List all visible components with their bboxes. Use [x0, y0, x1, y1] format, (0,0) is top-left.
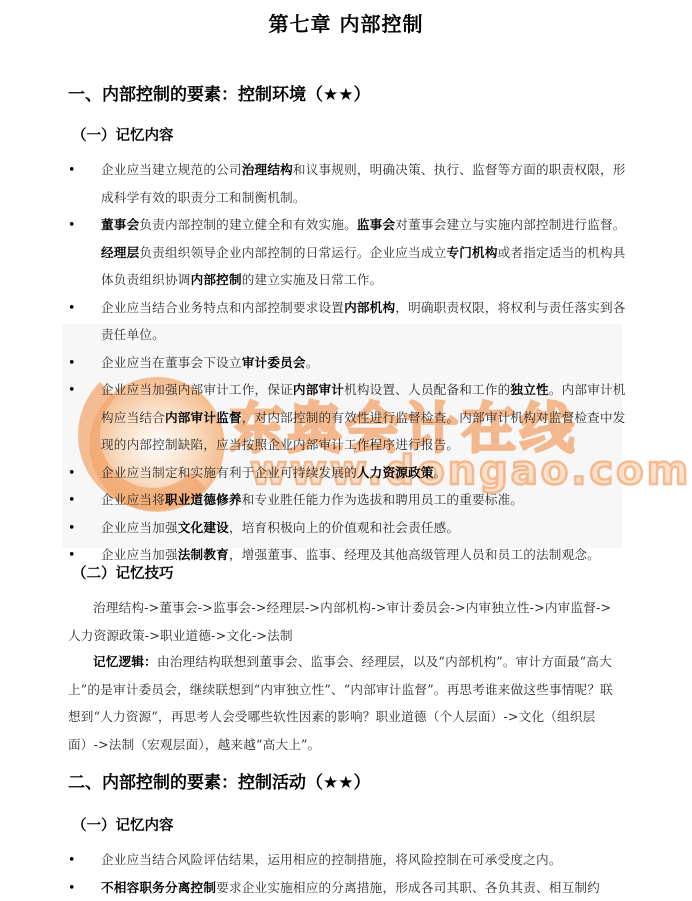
emphasis-term: 监事会 [357, 217, 395, 232]
list-item-text: ，增强董事、监事、经理及其他高级管理人员和员工的法制观念。 [229, 547, 600, 562]
list-item-text: 企业应当建立规范的公司 [101, 162, 242, 177]
list-item-text: 的建立实施及日常工作。 [242, 272, 383, 287]
list-item-text: 企业应当加强内部审计工作，保证 [101, 382, 293, 397]
emphasis-term: 审计委员会 [242, 355, 306, 370]
subsection-heading-1-1: （一）记忆内容 [72, 124, 174, 145]
list-item: •不相容职务分离控制要求企业实施相应的分离措施，形成各司其职、各负其责、相互制约 [68, 874, 628, 901]
emphasis-term: 内部控制 [191, 272, 242, 287]
bullet-icon: • [68, 211, 78, 239]
bullet-icon: • [68, 459, 78, 487]
list-item-text: 机构设置、人员配备和工作的 [344, 382, 510, 397]
list-item-text: 企业应当加强 [101, 547, 178, 562]
list-item-text: 企业应当在董事会下设立 [101, 355, 242, 370]
list-item: •企业应当加强内部审计工作，保证内部审计机构设置、人员配备和工作的独立性。内部审… [68, 376, 628, 459]
memory-logic-label: 记忆逻辑： [93, 654, 157, 669]
emphasis-term: 内部审计 [293, 382, 344, 397]
list-item: •企业应当加强文化建设，培育积极向上的价值观和社会责任感。 [68, 514, 628, 542]
list-item: •企业应当结合业务特点和内部控制要求设置内部机构，明确职责权限，将权利与责任落实… [68, 294, 628, 349]
list-item-text: 对董事会建立与实施内部控制进行监督。 [395, 217, 625, 232]
list-item-text: 企业应当结合业务特点和内部控制要求设置 [101, 300, 344, 315]
list-item: •企业应当在董事会下设立审计委员会。 [68, 349, 628, 377]
emphasis-term: 治理结构 [242, 162, 293, 177]
list-item-text: 企业应当将 [101, 492, 165, 507]
bullet-icon: • [68, 514, 78, 542]
bullet-icon: • [68, 294, 78, 322]
list-item-text: 要求企业实施相应的分离措施，形成各司其职、各负其责、相互制约 [216, 880, 600, 895]
chapter-title: 第七章 内部控制 [0, 8, 692, 37]
bullet-icon: • [68, 376, 78, 404]
emphasis-term: 内部机构 [344, 300, 395, 315]
section-heading-1: 一、内部控制的要素：控制环境（★★） [68, 80, 370, 105]
subsection-heading-1-2: （二）记忆技巧 [72, 562, 174, 583]
emphasis-term: 经理层 [101, 245, 139, 260]
bullet-icon: • [68, 874, 78, 901]
bullet-list-1: •企业应当建立规范的公司治理结构和议事规则，明确决策、执行、监督等方面的职责权限… [68, 156, 628, 569]
section-heading-2: 二、内部控制的要素：控制活动（★★） [68, 768, 370, 793]
list-item-text: 。 [306, 355, 319, 370]
subsection-heading-2-1: （一）记忆内容 [72, 814, 174, 835]
memory-chain: 治理结构->董事会->监事会->经理层->内部机构->审计委员会->内审独立性-… [68, 594, 624, 649]
list-item-text: 企业应当制定和实施有利于企业可持续发展的 [101, 465, 357, 480]
list-item-text: 负责组织领导企业内部控制的日常运行。企业应当成立 [139, 245, 446, 260]
list-item-text: 负责内部控制的建立健全和有效实施。 [139, 217, 357, 232]
list-item-text: 企业应当结合风险评估结果，运用相应的控制措施，将风险控制在可承受度之内。 [101, 852, 562, 867]
emphasis-term: 文化建设 [178, 520, 229, 535]
emphasis-term: 独立性 [510, 382, 548, 397]
emphasis-term: 法制教育 [178, 547, 229, 562]
list-item-text: 和专业胜任能力作为选拔和聘用员工的重要标准。 [242, 492, 523, 507]
list-item-text: 。 [434, 465, 447, 480]
memory-logic: 记忆逻辑：由治理结构联想到董事会、监事会、经理层，以及“内部机构”。审计方面最“… [68, 648, 624, 758]
list-item: •企业应当结合风险评估结果，运用相应的控制措施，将风险控制在可承受度之内。 [68, 846, 628, 874]
list-item-text: ，培育积极向上的价值观和社会责任感。 [229, 520, 459, 535]
bullet-icon: • [68, 846, 78, 874]
bullet-icon: • [68, 156, 78, 184]
emphasis-term: 不相容职务分离控制 [101, 880, 216, 895]
list-item-text: 企业应当加强 [101, 520, 178, 535]
list-item: •企业应当将职业道德修养和专业胜任能力作为选拔和聘用员工的重要标准。 [68, 486, 628, 514]
emphasis-term: 人力资源政策 [357, 465, 434, 480]
list-item: •企业应当制定和实施有利于企业可持续发展的人力资源政策。 [68, 459, 628, 487]
bullet-icon: • [68, 486, 78, 514]
list-item: •企业应当建立规范的公司治理结构和议事规则，明确决策、执行、监督等方面的职责权限… [68, 156, 628, 211]
bullet-list-2: •企业应当结合风险评估结果，运用相应的控制措施，将风险控制在可承受度之内。•不相… [68, 846, 628, 901]
emphasis-term: 董事会 [101, 217, 139, 232]
emphasis-term: 职业道德修养 [165, 492, 242, 507]
emphasis-term: 专门机构 [446, 245, 497, 260]
list-item: •董事会负责内部控制的建立健全和有效实施。监事会对董事会建立与实施内部控制进行监… [68, 211, 628, 294]
bullet-icon: • [68, 349, 78, 377]
document-page: 东奥会计在线 www.dongao.com 第七章 内部控制 一、内部控制的要素… [0, 0, 692, 901]
emphasis-term: 内部审计监督 [165, 410, 242, 425]
